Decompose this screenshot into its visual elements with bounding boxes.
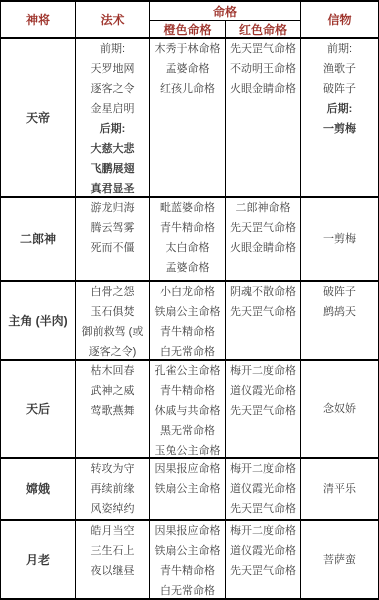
cell-line: 鹧鸪天	[323, 302, 356, 322]
cell-line: 后期:	[100, 119, 126, 139]
cell-line: 先天罡气命格	[230, 401, 296, 421]
table-row: 天帝前期:天罗地网逐客之令金星启明后期:大慈大悲飞鹏展翅真君显圣木秀于林命格孟婆…	[1, 39, 378, 198]
spells-cell: 游龙归海腾云驾雾死而不僵	[76, 198, 150, 280]
cell-line: 先天罡气命格	[230, 39, 296, 59]
cell-line: 孟婆命格	[166, 258, 210, 278]
orange-destiny-cell: 小白龙命格铁扇公主命格青牛精命格白无常命格	[150, 282, 226, 359]
token-cell: 清平乐	[301, 459, 378, 519]
cell-line: 火眼金睛命格	[230, 238, 296, 258]
cell-line: 道仪霞光命格	[230, 381, 296, 401]
cell-line: 枯木回春	[91, 361, 135, 381]
cell-line: 主角 (半肉)	[8, 311, 67, 331]
spells-cell: 皓月当空三生石上夜以继昼	[76, 521, 150, 598]
red-destiny-cell: 阴魂不散命格先天罡气命格	[226, 282, 301, 359]
cell-line: 嫦娥	[26, 479, 50, 499]
red-destiny-cell: 梅开二度命格道仪霞光命格先天罡气命格	[226, 361, 301, 457]
cell-line: 二郎神	[20, 229, 56, 249]
cell-line: 一剪梅	[323, 229, 356, 249]
cell-line: 铁扇公主命格	[155, 302, 221, 322]
cell-line: 木秀于林命格	[155, 39, 221, 59]
cell-line: 梅开二度命格	[230, 459, 296, 479]
cell-line: 孟婆命格	[166, 59, 210, 79]
general-cell: 嫦娥	[1, 459, 76, 519]
cell-line: 因果报应命格	[155, 459, 221, 479]
cell-line: 红孩儿命格	[160, 79, 215, 99]
cell-line: 天后	[26, 399, 50, 419]
header-general: 神将	[1, 2, 76, 37]
red-destiny-cell: 二郎神命格先天罡气命格火眼金睛命格	[226, 198, 301, 280]
table-body: 天帝前期:天罗地网逐客之令金星启明后期:大慈大悲飞鹏展翅真君显圣木秀于林命格孟婆…	[1, 39, 378, 598]
cell-line: 再续前缘	[91, 479, 135, 499]
cell-line: 前期:	[327, 39, 352, 59]
cell-line: 后期:	[327, 99, 353, 119]
spells-cell: 白骨之怨玉石俱焚御前救驾 (或逐客之令)	[76, 282, 150, 359]
cell-line: 飞鹏展翅	[91, 159, 135, 179]
cell-line: 先天罡气命格	[230, 218, 296, 238]
orange-destiny-cell: 木秀于林命格孟婆命格红孩儿命格	[150, 39, 226, 196]
cell-line: 天帝	[26, 108, 50, 128]
cell-line: 孔雀公主命格	[155, 361, 221, 381]
cell-line: 转攻为守	[91, 459, 135, 479]
cell-line: 青牛精命格	[160, 322, 215, 342]
cell-line: 休戚与共命格	[155, 401, 221, 421]
cell-line: 月老	[26, 550, 50, 570]
cell-line: 阴魂不散命格	[230, 282, 296, 302]
cell-line: 道仪霞光命格	[230, 541, 296, 561]
cell-line: 玉兔公主命格	[155, 441, 221, 457]
cell-line: 铁扇公主命格	[155, 479, 221, 499]
cell-line: 先天罡气命格	[230, 302, 296, 322]
orange-destiny-cell: 毗蓝婆命格青牛精命格太白命格孟婆命格	[150, 198, 226, 280]
guide-table: 神将 法术 命格 橙色命格 红色命格 信物 天帝前期:天罗地网逐客之令金星启明后…	[0, 0, 379, 600]
cell-line: 青牛精命格	[160, 218, 215, 238]
token-cell: 一剪梅	[301, 198, 378, 280]
table-row: 月老皓月当空三生石上夜以继昼因果报应命格铁扇公主命格青牛精命格白无常命格梅开二度…	[1, 521, 378, 598]
cell-line: 菩萨蛮	[323, 550, 356, 570]
cell-line: 因果报应命格	[155, 521, 221, 541]
cell-line: 前期:	[100, 39, 125, 59]
cell-line: 游龙归海	[91, 198, 135, 218]
cell-line: 青牛精命格	[160, 561, 215, 581]
cell-line: 道仪霞光命格	[230, 479, 296, 499]
header-orange-destiny: 橙色命格	[150, 21, 226, 37]
cell-line: 破阵子	[323, 282, 356, 302]
cell-line: 风姿绰约	[91, 499, 135, 519]
cell-line: 清平乐	[323, 479, 356, 499]
table-header: 神将 法术 命格 橙色命格 红色命格 信物	[1, 2, 378, 39]
cell-line: 夜以继昼	[91, 561, 135, 581]
general-cell: 天后	[1, 361, 76, 457]
general-cell: 主角 (半肉)	[1, 282, 76, 359]
cell-line: 黑无常命格	[160, 421, 215, 441]
spells-cell: 枯木回春武神之威莺歌燕舞	[76, 361, 150, 457]
cell-line: 火眼金睛命格	[230, 79, 296, 99]
cell-line: 念奴娇	[323, 399, 356, 419]
orange-destiny-cell: 孔雀公主命格青牛精命格休戚与共命格黑无常命格玉兔公主命格	[150, 361, 226, 457]
cell-line: 皓月当空	[91, 521, 135, 541]
cell-line: 玉石俱焚	[91, 302, 135, 322]
spells-cell: 前期:天罗地网逐客之令金星启明后期:大慈大悲飞鹏展翅真君显圣	[76, 39, 150, 196]
cell-line: 逐客之令	[91, 79, 135, 99]
general-cell: 天帝	[1, 39, 76, 196]
orange-destiny-cell: 因果报应命格铁扇公主命格	[150, 459, 226, 519]
cell-line: 莺歌燕舞	[91, 401, 135, 421]
cell-line: 白无常命格	[160, 581, 215, 598]
general-cell: 月老	[1, 521, 76, 598]
cell-line: 铁扇公主命格	[155, 541, 221, 561]
red-destiny-cell: 梅开二度命格道仪霞光命格先天罡气命格	[226, 521, 301, 598]
cell-line: 白无常命格	[160, 342, 215, 359]
table-row: 天后枯木回春武神之威莺歌燕舞孔雀公主命格青牛精命格休戚与共命格黑无常命格玉兔公主…	[1, 361, 378, 459]
cell-line: 小白龙命格	[160, 282, 215, 302]
orange-destiny-cell: 因果报应命格铁扇公主命格青牛精命格白无常命格	[150, 521, 226, 598]
token-cell: 破阵子鹧鸪天	[301, 282, 378, 359]
general-cell: 二郎神	[1, 198, 76, 280]
table-row: 主角 (半肉)白骨之怨玉石俱焚御前救驾 (或逐客之令)小白龙命格铁扇公主命格青牛…	[1, 282, 378, 361]
cell-line: 先天罡气命格	[230, 499, 296, 519]
cell-line: 毗蓝婆命格	[160, 198, 215, 218]
table-row: 二郎神游龙归海腾云驾雾死而不僵毗蓝婆命格青牛精命格太白命格孟婆命格二郎神命格先天…	[1, 198, 378, 282]
cell-line: 太白命格	[166, 238, 210, 258]
header-red-destiny: 红色命格	[226, 21, 301, 37]
cell-line: 天罗地网	[91, 59, 135, 79]
cell-line: 武神之威	[91, 381, 135, 401]
cell-line: 白骨之怨	[91, 282, 135, 302]
cell-line: 腾云驾雾	[91, 218, 135, 238]
cell-line: 不动明王命格	[230, 59, 296, 79]
cell-line: 梅开二度命格	[230, 521, 296, 541]
cell-line: 一剪梅	[323, 119, 356, 139]
cell-line: 先天罡气命格	[230, 561, 296, 581]
cell-line: 御前救驾 (或	[82, 322, 144, 342]
cell-line: 二郎神命格	[236, 198, 291, 218]
token-cell: 菩萨蛮	[301, 521, 378, 598]
cell-line: 破阵子	[323, 79, 356, 99]
token-cell: 前期:渔歌子破阵子后期:一剪梅	[301, 39, 378, 196]
cell-line: 真君显圣	[91, 179, 135, 196]
cell-line: 梅开二度命格	[230, 361, 296, 381]
header-token: 信物	[301, 2, 378, 37]
cell-line: 金星启明	[91, 99, 135, 119]
cell-line: 逐客之令)	[89, 342, 137, 359]
red-destiny-cell: 梅开二度命格道仪霞光命格先天罡气命格	[226, 459, 301, 519]
red-destiny-cell: 先天罡气命格不动明王命格火眼金睛命格	[226, 39, 301, 196]
cell-line: 大慈大悲	[91, 139, 135, 159]
header-spells: 法术	[76, 2, 150, 37]
spells-cell: 转攻为守再续前缘风姿绰约	[76, 459, 150, 519]
cell-line: 三生石上	[91, 541, 135, 561]
token-cell: 念奴娇	[301, 361, 378, 457]
cell-line: 死而不僵	[91, 238, 135, 258]
cell-line: 青牛精命格	[160, 381, 215, 401]
cell-line: 渔歌子	[323, 59, 356, 79]
header-destiny: 命格	[150, 2, 301, 21]
table-row: 嫦娥转攻为守再续前缘风姿绰约因果报应命格铁扇公主命格梅开二度命格道仪霞光命格先天…	[1, 459, 378, 521]
